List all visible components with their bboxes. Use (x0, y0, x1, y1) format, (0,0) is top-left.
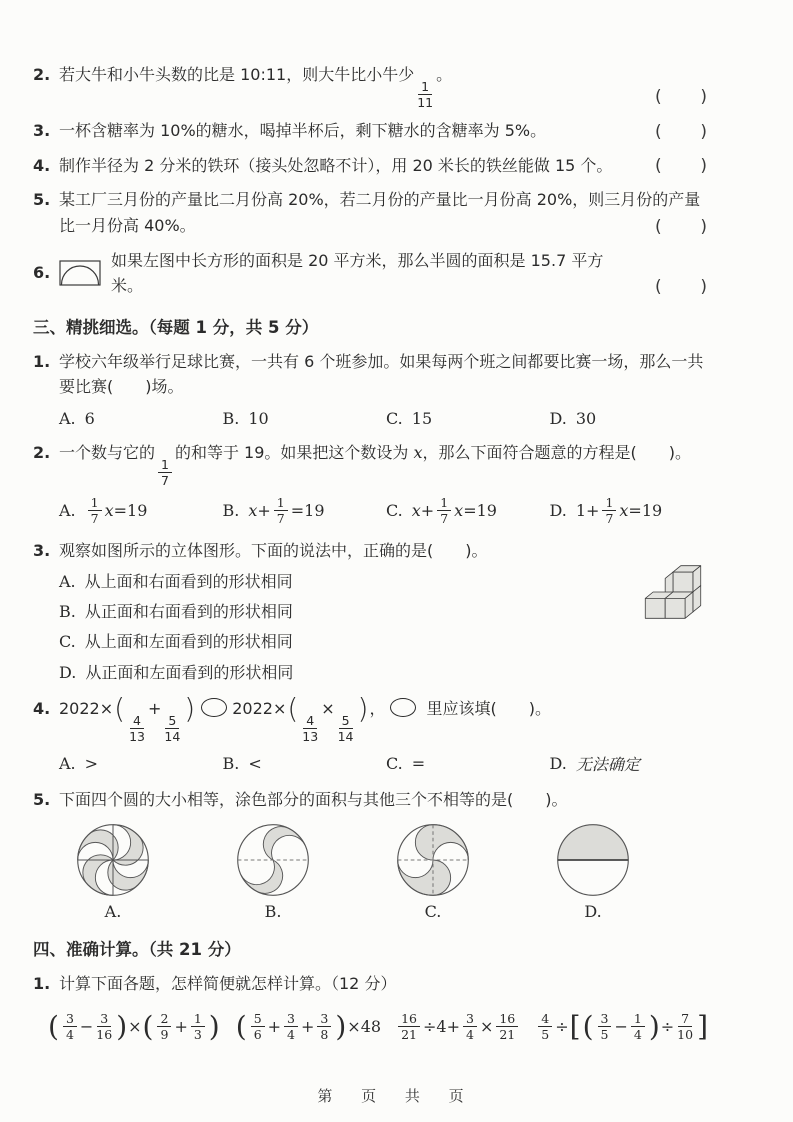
s-band-figure (234, 821, 312, 899)
paren-close: ) (700, 217, 707, 237)
stacked-cubes-figure (641, 562, 705, 626)
paren-close: ) (700, 122, 707, 142)
question-number: 2. (33, 440, 59, 466)
s3-q3-options: A.从上面和右面看到的形状相同 B.从正面和右面看到的形状相同 C.从上面和左面… (33, 570, 603, 684)
question-number: 4. (33, 696, 59, 722)
tf-item-2-row: 2. 若大牛和小牛头数的比是 10:11，则大牛比小牛少111。 (33, 62, 713, 109)
option-equation: 1+17x=19 (576, 496, 662, 525)
option-a: A.从上面和右面看到的形状相同 (59, 570, 603, 593)
option-label: B. (223, 501, 240, 520)
option-value: 无法确定 (576, 752, 640, 775)
s3-question-1: 1. 学校六年级举行足球比赛，一共有 6 个班参加。如果每两个班之间都要比赛一场… (33, 349, 713, 428)
option-label: A. (59, 570, 76, 593)
item-number: 5. (33, 187, 59, 213)
pinwheel-4-blades-figure (74, 821, 152, 899)
option-label: D. (550, 754, 567, 773)
option-value: 10 (248, 409, 268, 428)
answer-paren: ( ) (655, 156, 707, 176)
two-blades-figure (394, 821, 472, 899)
page-footer: 第 页 共 页 (0, 1085, 793, 1106)
s3-q1-stem: 1. 学校六年级举行足球比赛，一共有 6 个班参加。如果每两个班之间都要比赛一场… (33, 349, 713, 400)
s3-q2-options: A.17x=19 B.x+17=19 C.x+17x=19 D.1+17x=19 (33, 496, 713, 525)
option-d: D.从正面和左面看到的形状相同 (59, 661, 603, 684)
tf-item-4-row: 4. 制作半径为 2 分米的铁环（接头处忽略不计），用 20 米长的铁丝能做 1… (33, 153, 713, 179)
option-label: D. (59, 661, 76, 684)
item-text: 若大牛和小牛头数的比是 10:11，则大牛比小牛少111。 (59, 62, 713, 109)
option-b: B.10 (223, 409, 387, 428)
option-value: 30 (576, 409, 596, 428)
option-label: C. (386, 754, 403, 773)
s3-q5-circle-figures: A. B. (33, 821, 713, 921)
s3-q4-stem: 4. 2022×(413+514)2022×(413×514)， 里应该填( )… (33, 696, 713, 743)
page-content: 2. 若大牛和小牛头数的比是 10:11，则大牛比小牛少111。 ( ) 3. … (33, 62, 713, 1054)
paren-open: ( (655, 156, 662, 176)
tf-item-4: 4. 制作半径为 2 分米的铁环（接头处忽略不计），用 20 米长的铁丝能做 1… (33, 153, 713, 179)
option-d: D.无法确定 (550, 752, 714, 775)
option-label: C. (386, 409, 403, 428)
paren-open: ( (655, 277, 662, 297)
answer-paren: ( ) (655, 217, 707, 237)
item-text: 制作半径为 2 分米的铁环（接头处忽略不计），用 20 米长的铁丝能做 15 个… (59, 153, 713, 179)
item-number: 6. (33, 260, 59, 286)
question-text: 观察如图所示的立体图形。下面的说法中，正确的是( )。 (59, 538, 603, 564)
s3-q4-options: A.> B.< C.= D.无法确定 (33, 752, 713, 775)
item-number: 2. (33, 62, 59, 88)
expression-4: 45÷[(35−14)÷710] (535, 1012, 709, 1041)
option-value: 15 (412, 409, 432, 428)
tf-item-3: 3. 一杯含糖率为 10%的糖水，喝掉半杯后，剩下糖水的含糖率为 5%。 ( ) (33, 118, 713, 144)
option-a: A.> (59, 754, 223, 773)
option-label: C. (59, 630, 76, 653)
option-b: B.< (223, 754, 387, 773)
option-value: 从正面和左面看到的形状相同 (85, 661, 293, 684)
option-a: A.17x=19 (59, 496, 223, 525)
option-label: A. (59, 501, 76, 520)
expression-3: 1621÷4+34×1621 (395, 1012, 521, 1041)
circle-option-c: C. (353, 821, 513, 921)
option-equation: x+17x=19 (412, 496, 497, 525)
option-equation: 17x=19 (85, 496, 148, 525)
question-number: 1. (33, 971, 59, 997)
tf-item-3-row: 3. 一杯含糖率为 10%的糖水，喝掉半杯后，剩下糖水的含糖率为 5%。 (33, 118, 713, 144)
paren-open: ( (655, 87, 662, 107)
s3-q2-stem: 2. 一个数与它的17的和等于 19。如果把这个数设为 x，那么下面符合题意的方… (33, 440, 713, 487)
option-d: D.30 (550, 409, 714, 428)
option-value: 6 (85, 409, 95, 428)
tf-item-5: 5. 某工厂三月份的产量比二月份高 20%，若二月份的产量比一月份高 20%，则… (33, 187, 713, 238)
option-b: B.从正面和右面看到的形状相同 (59, 600, 603, 623)
option-label: B. (223, 754, 240, 773)
option-label: D. (550, 409, 567, 428)
question-number: 5. (33, 787, 59, 813)
circle-label: D. (584, 902, 601, 921)
option-value: 从上面和右面看到的形状相同 (85, 570, 293, 593)
option-value: > (85, 754, 98, 773)
option-label: B. (59, 600, 76, 623)
option-d: D.1+17x=19 (550, 496, 714, 525)
s3-q3-stem: 3. 观察如图所示的立体图形。下面的说法中，正确的是( )。 (33, 538, 603, 564)
option-value: 从正面和右面看到的形状相同 (85, 600, 293, 623)
section-4-title: 四、准确计算。（共 21 分） (33, 936, 713, 960)
expression-2: (56+34+38)×48 (235, 1012, 381, 1041)
question-text: 下面四个圆的大小相等，涂色部分的面积与其他三个不相等的是( )。 (59, 787, 713, 813)
s3-question-5: 5. 下面四个圆的大小相等，涂色部分的面积与其他三个不相等的是( )。 (33, 787, 713, 921)
comparison-circle (201, 698, 227, 717)
s3-question-4: 4. 2022×(413+514)2022×(413×514)， 里应该填( )… (33, 696, 713, 775)
item-number: 3. (33, 118, 59, 144)
item-text: 如果左图中长方形的面积是 20 平方米，那么半圆的面积是 15.7 平方米。 (111, 248, 713, 299)
option-value: = (412, 754, 425, 773)
item-text: 一杯含糖率为 10%的糖水，喝掉半杯后，剩下糖水的含糖率为 5%。 (59, 118, 713, 144)
question-text: 计算下面各题，怎样简便就怎样计算。（12 分） (59, 971, 713, 997)
stacked-cubes-svg (641, 562, 705, 622)
half-shaded-circle-figure (554, 821, 632, 899)
option-c: C.15 (386, 409, 550, 428)
option-label: A. (59, 754, 76, 773)
paren-open: ( (655, 217, 662, 237)
expression-1: (34−316)×(29+13) (47, 1012, 221, 1041)
question-number: 1. (33, 349, 59, 375)
s4-q1-stem: 1. 计算下面各题，怎样简便就怎样计算。（12 分） (33, 971, 713, 997)
answer-paren: ( ) (655, 122, 707, 142)
comparison-circle (390, 698, 416, 717)
answer-paren: ( ) (655, 87, 707, 107)
option-label: A. (59, 409, 76, 428)
tf-item-5-row: 5. 某工厂三月份的产量比二月份高 20%，若二月份的产量比一月份高 20%，则… (33, 187, 713, 238)
tf-item-6-row: 6. 如果左图中长方形的面积是 20 平方米，那么半圆的面积是 15.7 平方米… (33, 248, 713, 299)
s4-q1-expressions: (34−316)×(29+13) (56+34+38)×48 1621÷4+34… (33, 1012, 713, 1041)
question-text: 学校六年级举行足球比赛，一共有 6 个班参加。如果每两个班之间都要比赛一场，那么… (59, 349, 713, 400)
question-number: 3. (33, 538, 59, 564)
tf-item-2: 2. 若大牛和小牛头数的比是 10:11，则大牛比小牛少111。 ( ) (33, 62, 713, 109)
circle-option-b: B. (193, 821, 353, 921)
circle-label: B. (265, 902, 282, 921)
option-equation: x+17=19 (248, 496, 324, 525)
option-b: B.x+17=19 (223, 496, 387, 525)
circle-option-a: A. (33, 821, 193, 921)
option-value: < (248, 754, 261, 773)
s3-question-2: 2. 一个数与它的17的和等于 19。如果把这个数设为 x，那么下面符合题意的方… (33, 440, 713, 526)
s4-question-1: 1. 计算下面各题，怎样简便就怎样计算。（12 分） (34−316)×(29+… (33, 971, 713, 1042)
semicircle-figure-svg (59, 260, 101, 286)
option-label: C. (386, 501, 403, 520)
option-c: C.x+17x=19 (386, 496, 550, 525)
circle-label: C. (425, 902, 442, 921)
option-label: D. (550, 501, 567, 520)
question-text: 2022×(413+514)2022×(413×514)， 里应该填( )。 (59, 696, 713, 743)
answer-paren: ( ) (655, 277, 707, 297)
question-text: 一个数与它的17的和等于 19。如果把这个数设为 x，那么下面符合题意的方程是(… (59, 440, 713, 487)
paren-close: ) (700, 156, 707, 176)
exam-page: 2. 若大牛和小牛头数的比是 10:11，则大牛比小牛少111。 ( ) 3. … (0, 0, 793, 1122)
option-value: 从上面和左面看到的形状相同 (85, 630, 293, 653)
option-c: C.从上面和左面看到的形状相同 (59, 630, 603, 653)
circle-label: A. (105, 902, 122, 921)
circle-option-d: D. (513, 821, 673, 921)
paren-close: ) (700, 277, 707, 297)
option-c: C.= (386, 754, 550, 773)
tf-item-6: 6. 如果左图中长方形的面积是 20 平方米，那么半圆的面积是 15.7 平方米… (33, 248, 713, 299)
s3-q5-stem: 5. 下面四个圆的大小相等，涂色部分的面积与其他三个不相等的是( )。 (33, 787, 713, 813)
paren-close: ) (700, 87, 707, 107)
semicircle-in-rectangle-figure (59, 260, 101, 286)
section-3-title: 三、精挑细选。（每题 1 分，共 5 分） (33, 314, 713, 338)
item-number: 4. (33, 153, 59, 179)
paren-open: ( (655, 122, 662, 142)
s3-question-3: 3. 观察如图所示的立体图形。下面的说法中，正确的是( )。 A.从上面和右面看… (33, 538, 713, 684)
item-text: 某工厂三月份的产量比二月份高 20%，若二月份的产量比一月份高 20%，则三月份… (59, 187, 713, 238)
option-a: A.6 (59, 409, 223, 428)
option-label: B. (223, 409, 240, 428)
s3-q1-options: A.6 B.10 C.15 D.30 (33, 409, 713, 428)
